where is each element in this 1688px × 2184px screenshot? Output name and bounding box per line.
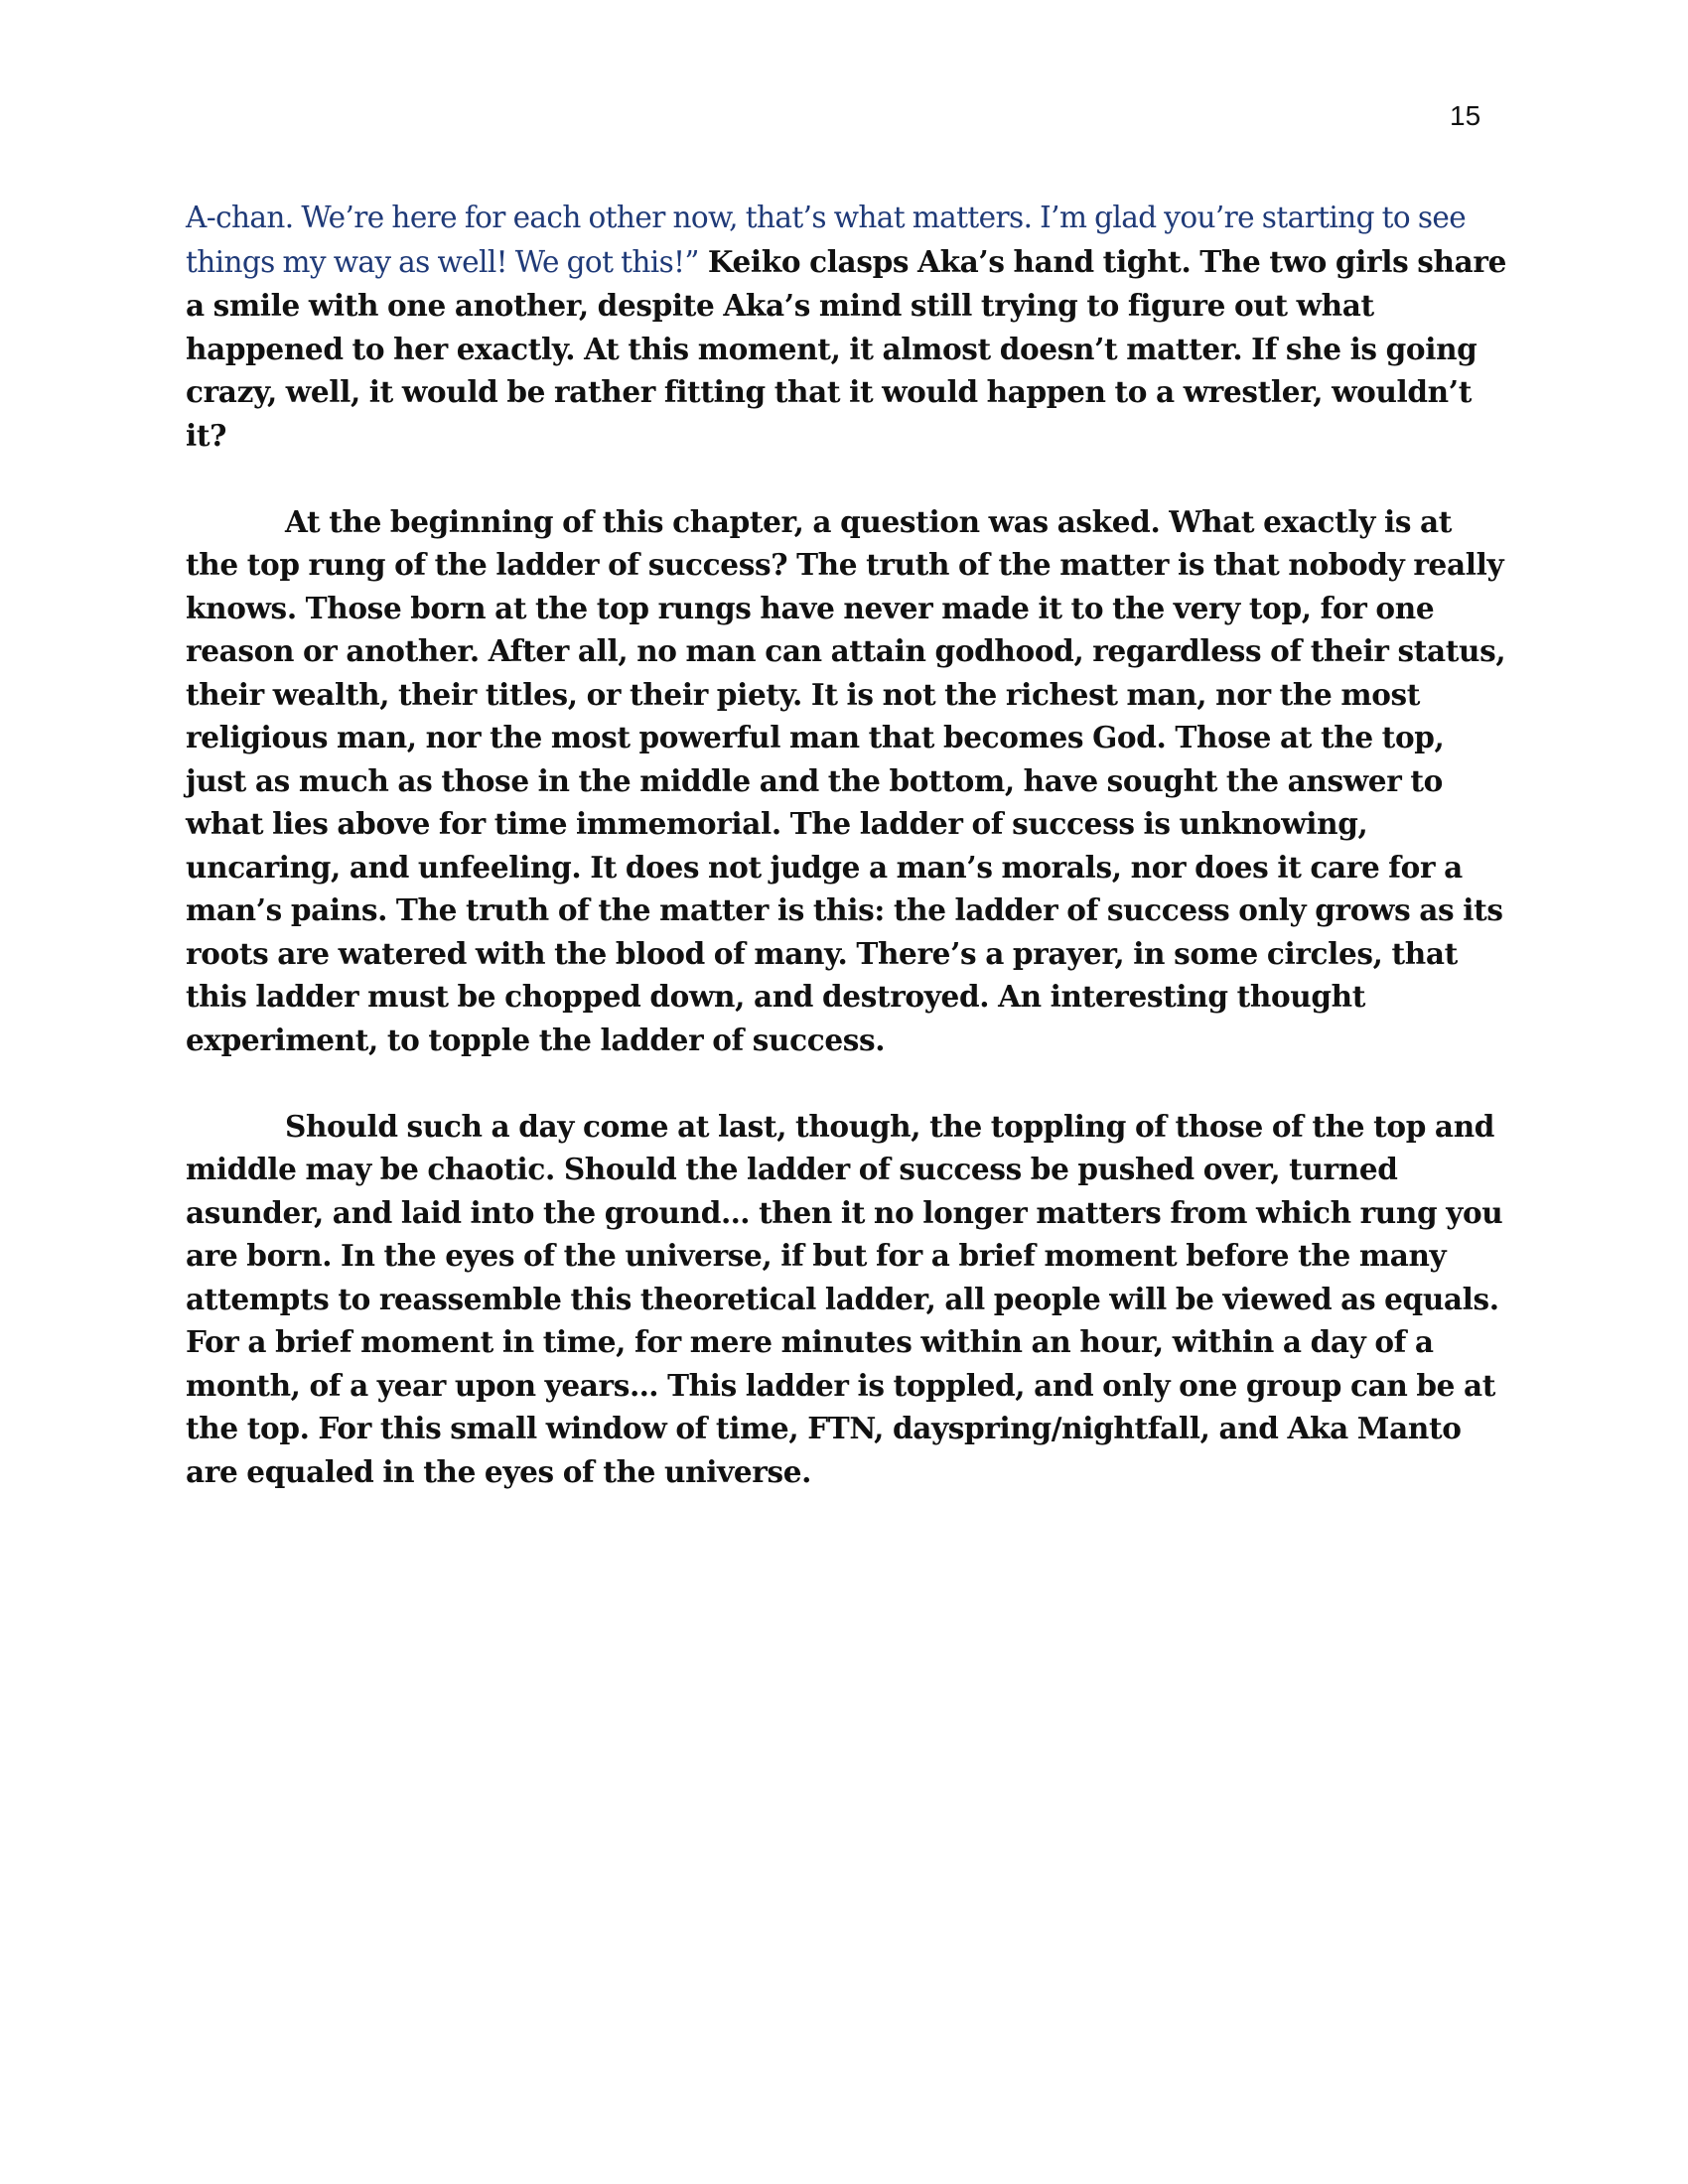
- paragraph-continued-dialogue: A-chan. We’re here for each other now, t…: [186, 196, 1506, 457]
- document-page: 15 A-chan. We’re here for each other now…: [0, 0, 1688, 2184]
- paragraph-ladder-of-success: At the beginning of this chapter, a ques…: [186, 500, 1506, 1062]
- page-number: 15: [1450, 99, 1480, 133]
- paragraph-toppling: Should such a day come at last, though, …: [186, 1105, 1506, 1494]
- body-text: A-chan. We’re here for each other now, t…: [186, 196, 1506, 1537]
